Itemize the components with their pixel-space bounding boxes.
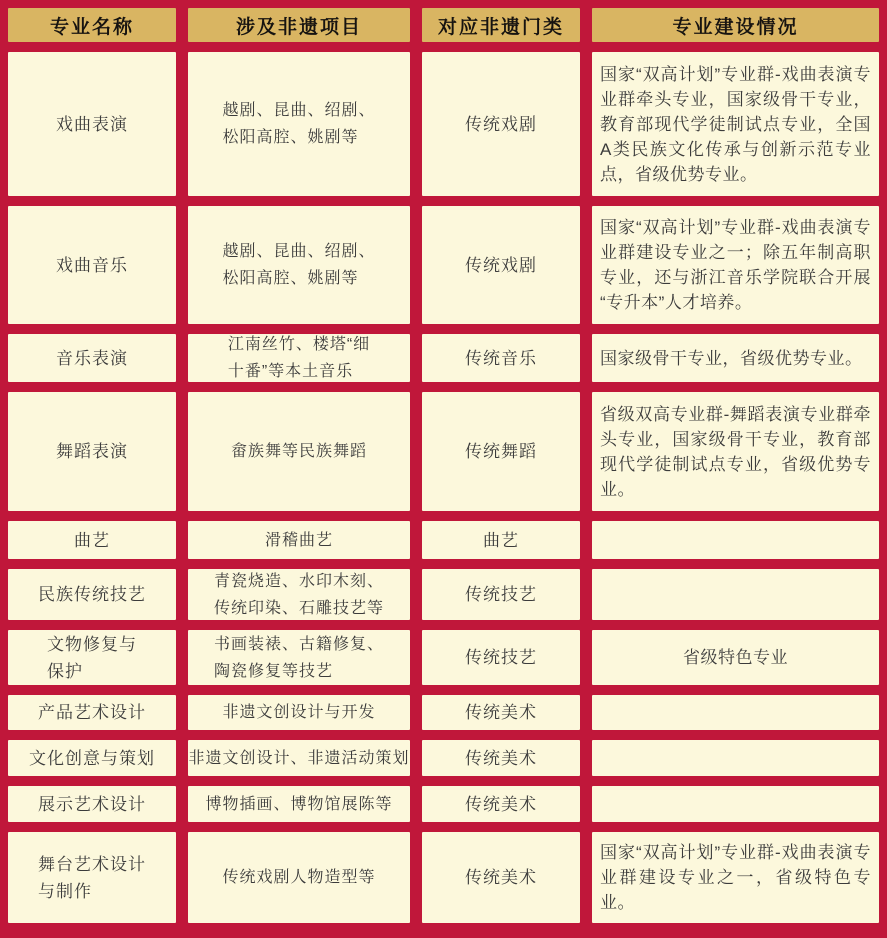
major-text: 舞台艺术设计 与制作	[38, 851, 146, 905]
projects-text: 越剧、昆曲、绍剧、 松阳高腔、姚剧等	[222, 238, 375, 292]
header-projects: 涉及非遗项目	[188, 8, 410, 42]
cell-projects: 畲族舞等民族舞蹈	[188, 392, 410, 511]
cell-status: 省级双高专业群-舞蹈表演专业群牵头专业，国家级骨干专业，教育部现代学徒制试点专业…	[592, 392, 879, 511]
header-status-label: 专业建设情况	[672, 12, 798, 39]
cell-category: 传统技艺	[422, 569, 580, 620]
projects-text: 博物插画、博物馆展陈等	[205, 791, 392, 818]
category-text: 传统舞蹈	[465, 438, 537, 465]
projects-text: 滑稽曲艺	[265, 527, 333, 554]
cell-major: 音乐表演	[8, 334, 176, 382]
cell-major: 文物修复与 保护	[8, 630, 176, 685]
cell-status-empty	[592, 521, 879, 559]
cell-projects: 江南丝竹、楼塔“细 十番”等本土音乐	[188, 334, 410, 382]
category-text: 传统美术	[465, 864, 537, 891]
major-text: 舞蹈表演	[56, 438, 128, 465]
major-text: 民族传统技艺	[38, 581, 146, 608]
cell-projects: 非遗文创设计、非遗活动策划	[188, 740, 410, 776]
category-text: 传统戏剧	[465, 252, 537, 279]
cell-category: 传统技艺	[422, 630, 580, 685]
major-text: 展示艺术设计	[38, 791, 146, 818]
projects-text: 非遗文创设计与开发	[222, 699, 375, 726]
cell-status: 国家级骨干专业，省级优势专业。	[592, 334, 879, 382]
cell-projects: 书画装裱、古籍修复、 陶瓷修复等技艺	[188, 630, 410, 685]
header-status: 专业建设情况	[592, 8, 879, 42]
status-text: 国家“双高计划”专业群-戏曲表演专业群牵头专业，国家级骨干专业，教育部现代学徒制…	[600, 62, 871, 187]
category-text: 传统技艺	[465, 581, 537, 608]
cell-category: 传统舞蹈	[422, 392, 580, 511]
cell-status: 国家“双高计划”专业群-戏曲表演专业群建设专业之一，省级特色专业。	[592, 832, 879, 923]
cell-status: 国家“双高计划”专业群-戏曲表演专业群建设专业之一；除五年制高职专业，还与浙江音…	[592, 206, 879, 324]
cell-status: 国家“双高计划”专业群-戏曲表演专业群牵头专业，国家级骨干专业，教育部现代学徒制…	[592, 52, 879, 196]
cell-category: 曲艺	[422, 521, 580, 559]
cell-category: 传统美术	[422, 695, 580, 730]
cell-category: 传统美术	[422, 786, 580, 822]
header-projects-label: 涉及非遗项目	[236, 12, 362, 39]
cell-major: 产品艺术设计	[8, 695, 176, 730]
page: 专业名称 涉及非遗项目 对应非遗门类 专业建设情况 戏曲表演 越剧、昆曲、绍剧、…	[0, 0, 887, 938]
header-category-label: 对应非遗门类	[438, 12, 564, 39]
cell-major: 戏曲表演	[8, 52, 176, 196]
cell-status: 省级特色专业	[592, 630, 879, 685]
cell-category: 传统美术	[422, 832, 580, 923]
cell-projects: 非遗文创设计与开发	[188, 695, 410, 730]
major-text: 音乐表演	[56, 345, 128, 372]
major-text: 曲艺	[74, 527, 110, 554]
projects-text: 青瓷烧造、水印木刻、 传统印染、石雕技艺等	[214, 568, 384, 622]
cell-category: 传统音乐	[422, 334, 580, 382]
category-text: 传统戏剧	[465, 111, 537, 138]
cell-major: 舞台艺术设计 与制作	[8, 832, 176, 923]
category-text: 曲艺	[483, 527, 519, 554]
cell-major: 曲艺	[8, 521, 176, 559]
category-text: 传统美术	[465, 745, 537, 772]
status-text: 省级双高专业群-舞蹈表演专业群牵头专业，国家级骨干专业，教育部现代学徒制试点专业…	[600, 402, 871, 502]
cell-projects: 传统戏剧人物造型等	[188, 832, 410, 923]
cell-projects: 博物插画、博物馆展陈等	[188, 786, 410, 822]
projects-text: 畲族舞等民族舞蹈	[231, 438, 367, 465]
projects-text: 非遗文创设计、非遗活动策划	[188, 745, 409, 772]
cell-projects: 越剧、昆曲、绍剧、 松阳高腔、姚剧等	[188, 206, 410, 324]
header-major-label: 专业名称	[50, 12, 134, 39]
cell-status-empty	[592, 569, 879, 620]
major-text: 文物修复与 保护	[47, 631, 137, 685]
category-text: 传统技艺	[465, 644, 537, 671]
category-text: 传统美术	[465, 791, 537, 818]
projects-text: 书画装裱、古籍修复、 陶瓷修复等技艺	[214, 631, 384, 685]
category-text: 传统美术	[465, 699, 537, 726]
heritage-majors-table: 专业名称 涉及非遗项目 对应非遗门类 专业建设情况 戏曲表演 越剧、昆曲、绍剧、…	[8, 8, 879, 923]
cell-projects: 滑稽曲艺	[188, 521, 410, 559]
cell-major: 展示艺术设计	[8, 786, 176, 822]
major-text: 文化创意与策划	[29, 745, 155, 772]
header-major: 专业名称	[8, 8, 176, 42]
major-text: 戏曲音乐	[56, 252, 128, 279]
projects-text: 传统戏剧人物造型等	[222, 864, 375, 891]
cell-major: 舞蹈表演	[8, 392, 176, 511]
cell-major: 文化创意与策划	[8, 740, 176, 776]
status-text: 国家“双高计划”专业群-戏曲表演专业群建设专业之一；除五年制高职专业，还与浙江音…	[600, 215, 871, 315]
cell-category: 传统戏剧	[422, 206, 580, 324]
cell-projects: 越剧、昆曲、绍剧、 松阳高腔、姚剧等	[188, 52, 410, 196]
header-category: 对应非遗门类	[422, 8, 580, 42]
status-text: 国家级骨干专业，省级优势专业。	[600, 346, 871, 371]
status-text: 省级特色专业	[600, 645, 871, 670]
cell-projects: 青瓷烧造、水印木刻、 传统印染、石雕技艺等	[188, 569, 410, 620]
projects-text: 越剧、昆曲、绍剧、 松阳高腔、姚剧等	[222, 97, 375, 151]
cell-status-empty	[592, 786, 879, 822]
category-text: 传统音乐	[465, 345, 537, 372]
projects-text: 江南丝竹、楼塔“细 十番”等本土音乐	[228, 331, 370, 385]
cell-status-empty	[592, 740, 879, 776]
status-text: 国家“双高计划”专业群-戏曲表演专业群建设专业之一，省级特色专业。	[600, 840, 871, 915]
cell-major: 戏曲音乐	[8, 206, 176, 324]
cell-major: 民族传统技艺	[8, 569, 176, 620]
cell-category: 传统戏剧	[422, 52, 580, 196]
major-text: 产品艺术设计	[38, 699, 146, 726]
major-text: 戏曲表演	[56, 111, 128, 138]
cell-status-empty	[592, 695, 879, 730]
cell-category: 传统美术	[422, 740, 580, 776]
